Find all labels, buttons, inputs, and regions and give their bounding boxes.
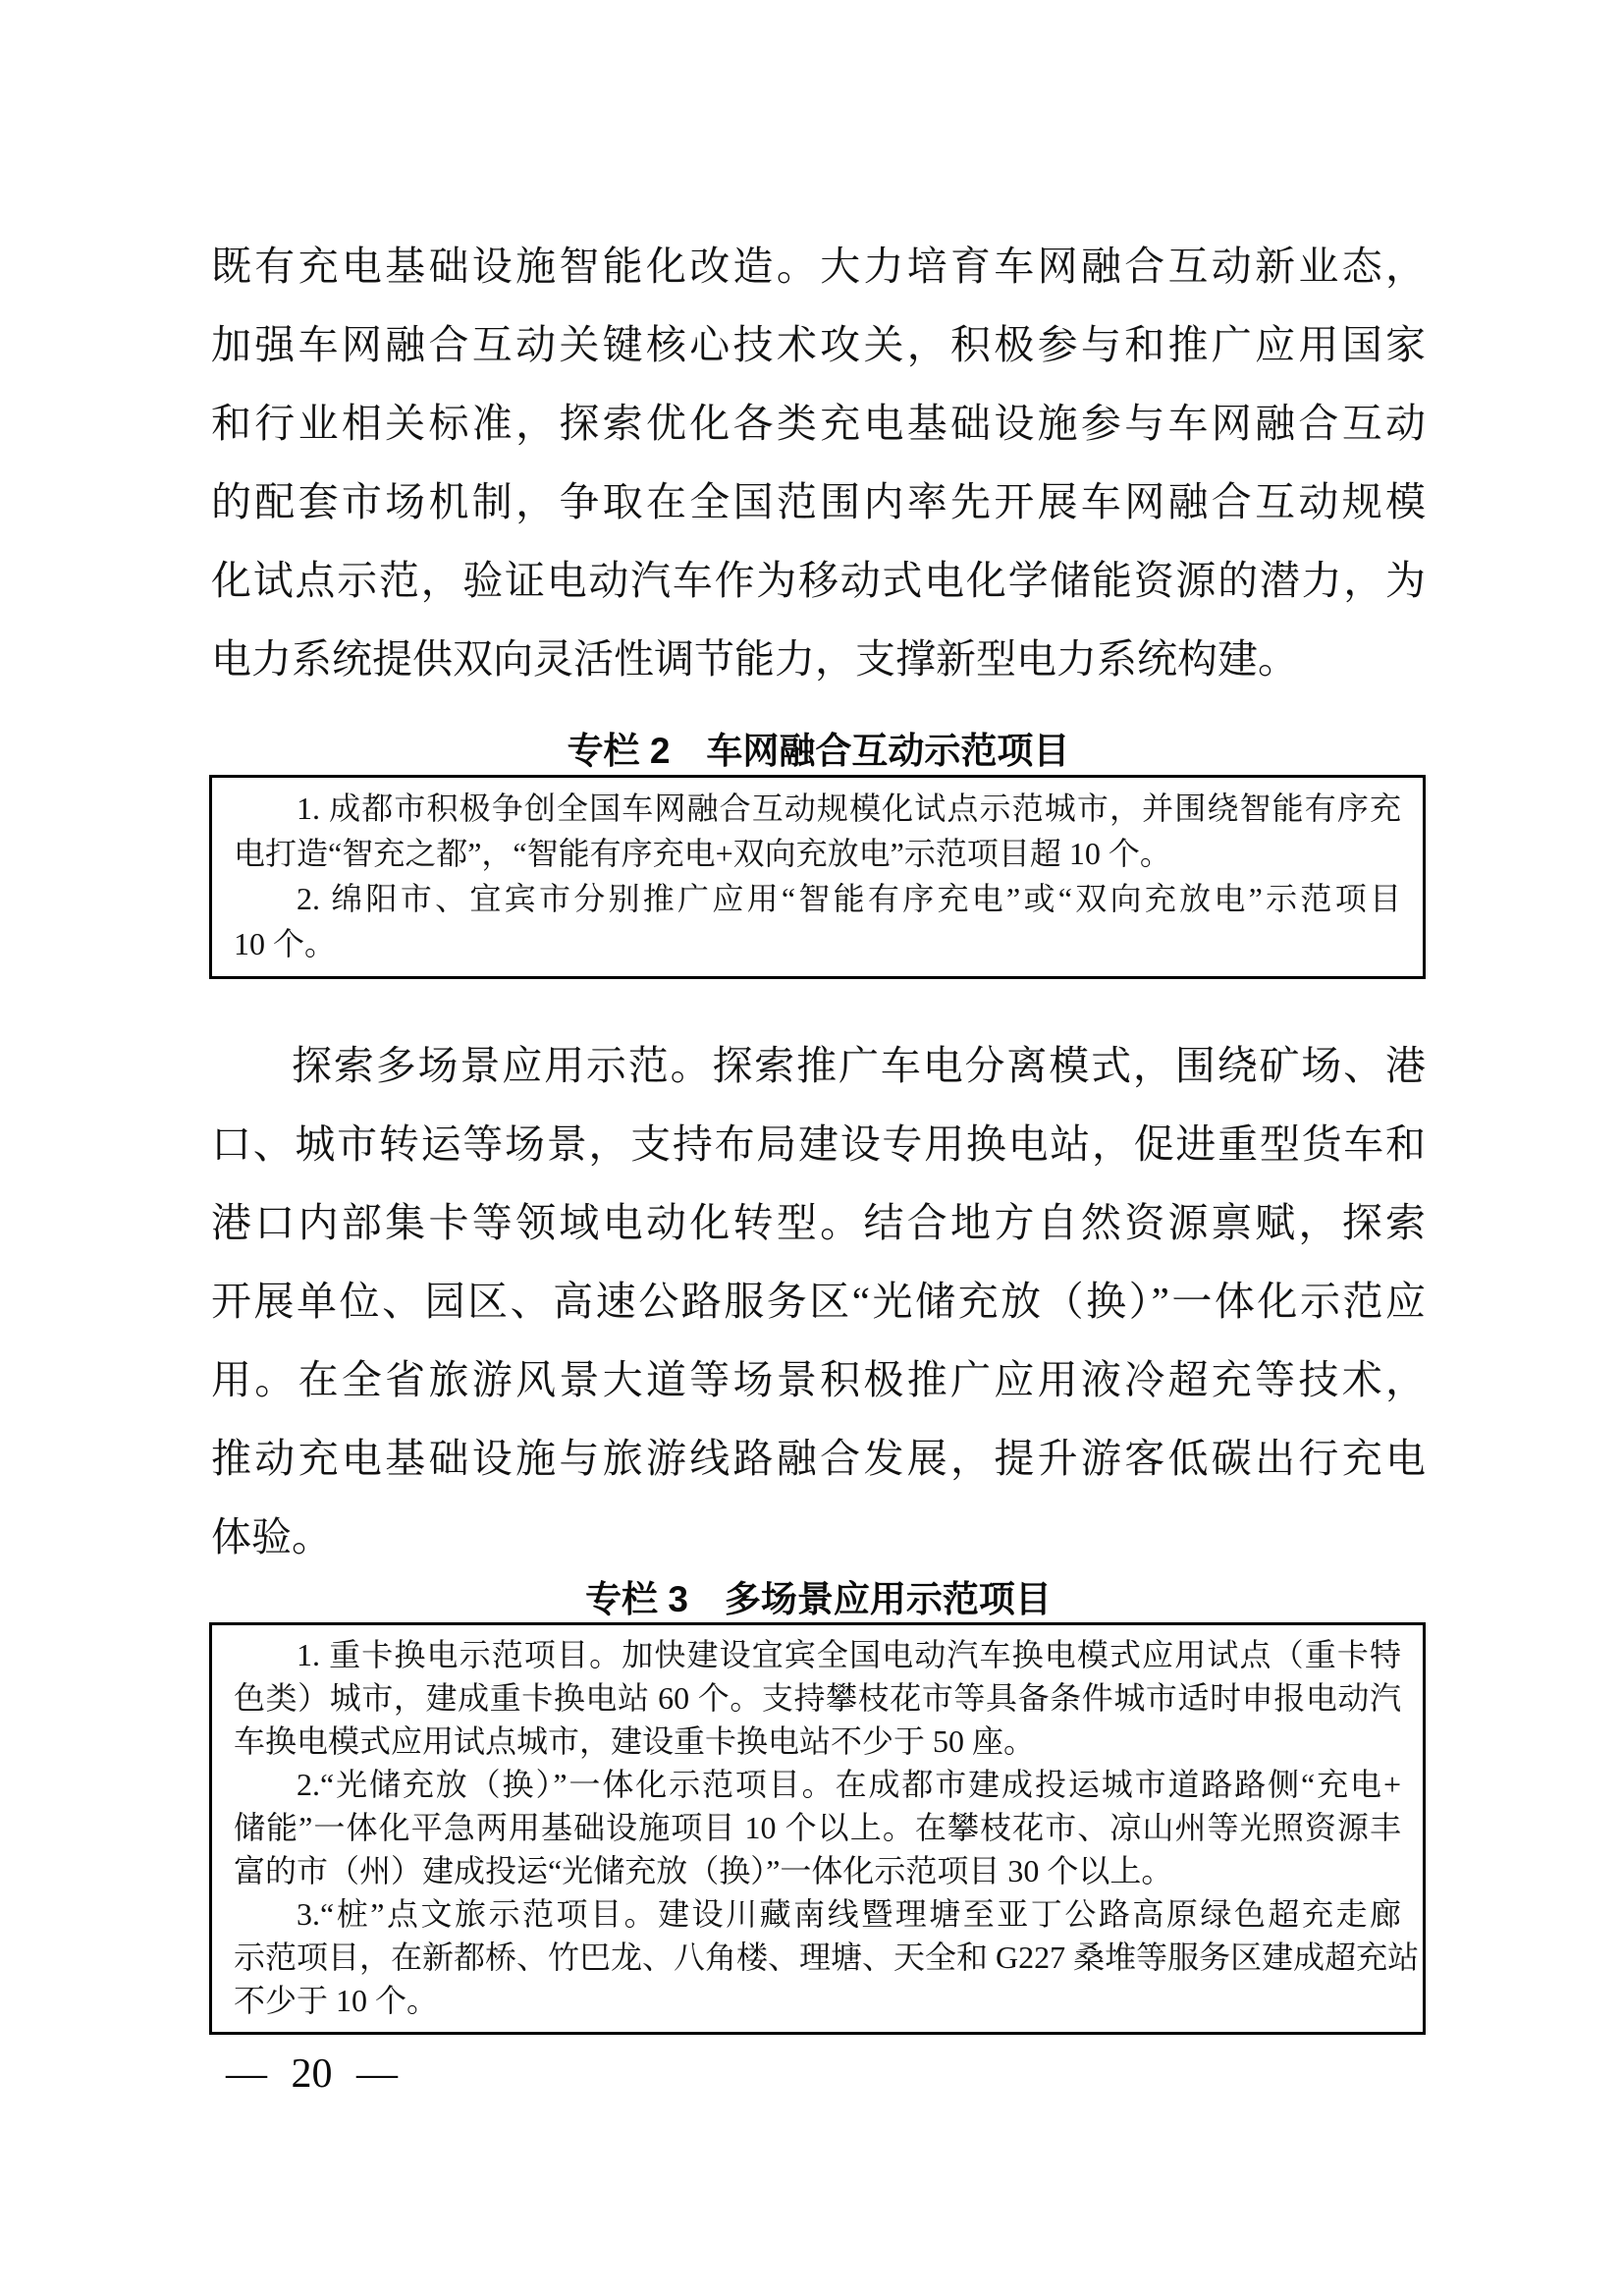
box3-title: 专栏 3 多场景应用示范项目 bbox=[211, 1576, 1426, 1623]
body-line: 电力系统提供双向灵活性调节能力，支撑新型电力系统构建。 bbox=[211, 620, 1426, 698]
box2: 1. 成都市积极争创全国车网融合互动规模化试点示范城市，并围绕智能有序充 电打造… bbox=[209, 775, 1426, 979]
body-line: 既有充电基础设施智能化改造。大力培育车网融合互动新业态， bbox=[211, 227, 1426, 305]
body-line: 探索多场景应用示范。探索推广车电分离模式，围绕矿场、港 bbox=[211, 1026, 1426, 1105]
box3-line: 1. 重卡换电示范项目。加快建设宜宾全国电动汽车换电模式应用试点（重卡特 bbox=[234, 1633, 1401, 1676]
body-line: 和行业相关标准，探索优化各类充电基础设施参与车网融合互动 bbox=[211, 384, 1426, 463]
box2-line: 2. 绵阳市、宜宾市分别推广应用“智能有序充电”或“双向充放电”示范项目 bbox=[234, 876, 1401, 921]
box3-line: 3.“桩”点文旅示范项目。建设川藏南线暨理塘至亚丁公路高原绿色超充走廊 bbox=[234, 1892, 1401, 1936]
box3-line: 富的市（州）建成投运“光储充放（换）”一体化示范项目 30 个以上。 bbox=[234, 1849, 1401, 1892]
box3: 1. 重卡换电示范项目。加快建设宜宾全国电动汽车换电模式应用试点（重卡特 色类）… bbox=[209, 1622, 1426, 2035]
paragraph-1: 既有充电基础设施智能化改造。大力培育车网融合互动新业态， 加强车网融合互动关键核… bbox=[211, 227, 1426, 698]
box2-line: 电打造“智充之都”，“智能有序充电+双向充放电”示范项目超 10 个。 bbox=[234, 831, 1401, 876]
body-line: 推动充电基础设施与旅游线路融合发展，提升游客低碳出行充电 bbox=[211, 1419, 1426, 1498]
body-line: 用。在全省旅游风景大道等场景积极推广应用液冷超充等技术， bbox=[211, 1340, 1426, 1419]
body-line: 的配套市场机制，争取在全国范围内率先开展车网融合互动规模 bbox=[211, 463, 1426, 541]
paragraph-2: 探索多场景应用示范。探索推广车电分离模式，围绕矿场、港 口、城市转运等场景，支持… bbox=[211, 1026, 1426, 1576]
body-line: 体验。 bbox=[211, 1498, 1426, 1576]
box3-line: 车换电模式应用试点城市，建设重卡换电站不少于 50 座。 bbox=[234, 1720, 1401, 1763]
box3-line: 色类）城市，建成重卡换电站 60 个。支持攀枝花市等具备条件城市适时申报电动汽 bbox=[234, 1676, 1401, 1720]
body-line: 港口内部集卡等领域电动化转型。结合地方自然资源禀赋，探索 bbox=[211, 1183, 1426, 1262]
body-line: 化试点示范，验证电动汽车作为移动式电化学储能资源的潜力，为 bbox=[211, 541, 1426, 620]
body-line: 口、城市转运等场景，支持布局建设专用换电站，促进重型货车和 bbox=[211, 1105, 1426, 1183]
box2-line: 1. 成都市积极争创全国车网融合互动规模化试点示范城市，并围绕智能有序充 bbox=[234, 786, 1401, 831]
box3-line: 储能”一体化平急两用基础设施项目 10 个以上。在攀枝花市、凉山州等光照资源丰 bbox=[234, 1806, 1401, 1849]
document-page: 既有充电基础设施智能化改造。大力培育车网融合互动新业态， 加强车网融合互动关键核… bbox=[0, 0, 1623, 2296]
body-line: 加强车网融合互动关键核心技术攻关，积极参与和推广应用国家 bbox=[211, 305, 1426, 384]
box2-title: 专栏 2 车网融合互动示范项目 bbox=[211, 728, 1426, 775]
box3-line: 2.“光储充放（换）”一体化示范项目。在成都市建成投运城市道路路侧“充电+ bbox=[234, 1763, 1401, 1806]
box3-line: 不少于 10 个。 bbox=[234, 1979, 1401, 2022]
page-number: — 20 — bbox=[226, 2050, 398, 2099]
box3-line: 示范项目，在新都桥、竹巴龙、八角楼、理塘、天全和 G227 桑堆等服务区建成超充… bbox=[234, 1936, 1401, 1979]
body-line: 开展单位、园区、高速公路服务区“光储充放（换）”一体化示范应 bbox=[211, 1262, 1426, 1340]
box2-line: 10 个。 bbox=[234, 921, 1401, 966]
